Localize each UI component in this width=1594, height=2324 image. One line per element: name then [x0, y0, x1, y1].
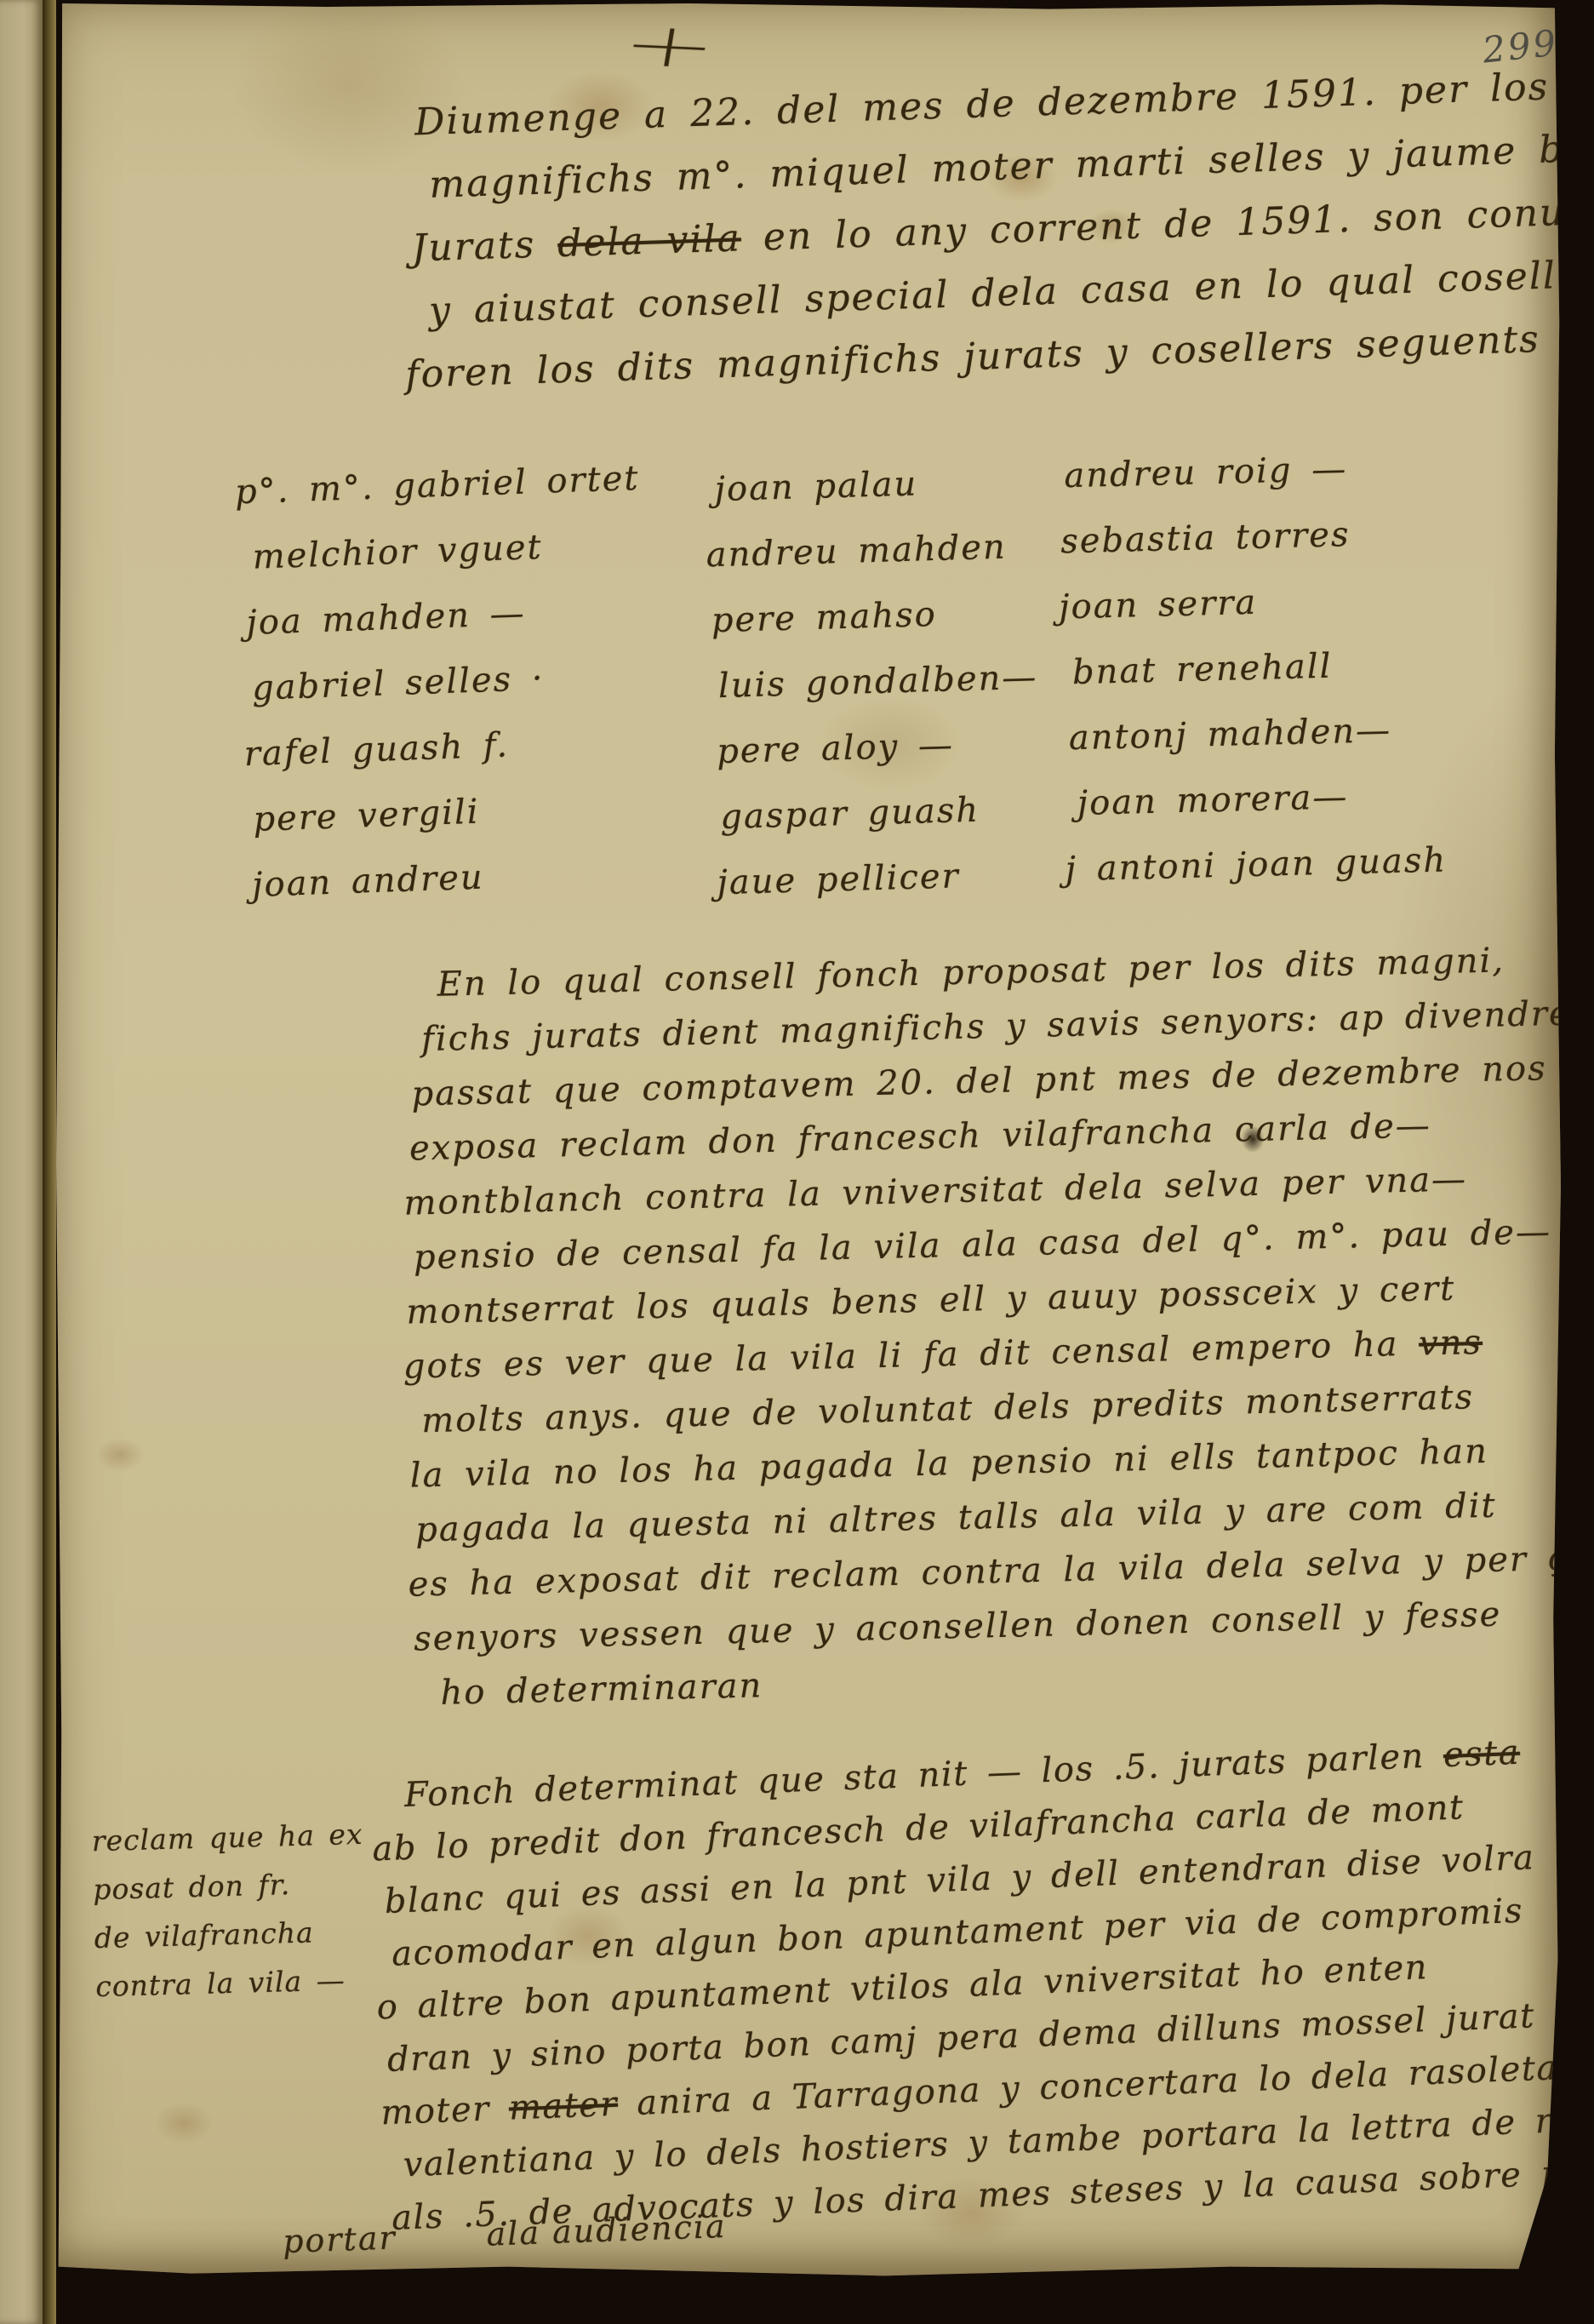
determination-line-text: moter: [380, 2089, 491, 2132]
struck-text: vns: [1419, 1323, 1483, 1364]
attendee-name: joan andreu: [251, 839, 654, 919]
cross-mark: ＋: [617, 7, 723, 83]
footer-word-audiencia: ala audiencia: [486, 2207, 728, 2253]
proposal-paragraph: En lo qual consell fonch proposat per lo…: [390, 931, 1594, 1721]
margin-note-line: reclam que ha ex: [91, 1810, 363, 1865]
attendee-name: luis gondalben—: [717, 645, 1038, 719]
attendee-name: andreu mahden: [706, 514, 1035, 589]
footer-note: portar ala audiencia: [282, 2207, 727, 2260]
binding-gutter: [43, 0, 56, 2324]
attendee-name: andreu roig —: [1063, 435, 1437, 510]
margin-note-line: de vilafrancha: [94, 1907, 366, 1962]
scanned-manuscript: ＋ 299 Diumenge a 22. del mes de dezembre…: [0, 0, 1594, 2324]
footer-word-portar: portar: [282, 2218, 397, 2260]
attendee-name: sebastia torres: [1060, 501, 1439, 575]
struck-text: mater: [508, 2085, 619, 2128]
attendee-name: pere mahso: [711, 580, 1037, 655]
attendee-name: jaue pellicer: [716, 842, 1043, 917]
margin-note: reclam que ha ex posat don fr. de vilafr…: [91, 1810, 368, 2011]
attendees-column-2: joan palau andreu mahden pere mahso luis…: [704, 449, 1044, 917]
previous-page-edge: [0, 0, 43, 2324]
attendee-name: pere aloy —: [716, 711, 1040, 786]
margin-note-line: posat don fr.: [93, 1858, 365, 1914]
heading-line-text: Jurats: [411, 223, 536, 271]
attendee-name: antonj mahden—: [1068, 697, 1444, 772]
attendee-name: bnat renehall: [1071, 632, 1443, 707]
attendee-name: joan serra: [1058, 566, 1441, 641]
heading: Diumenge a 22. del mes de dezembre 1591.…: [397, 53, 1594, 407]
struck-text: esta: [1443, 1733, 1521, 1775]
attendee-name: j antoni joan guash: [1065, 827, 1448, 902]
manuscript-page: ＋ 299 Diumenge a 22. del mes de dezembre…: [56, 3, 1561, 2278]
attendee-name: joan palau: [714, 449, 1033, 523]
margin-note-line: contra la vila —: [95, 1955, 368, 2011]
struck-text: dela vila: [557, 216, 741, 266]
attendees-column-1: p°. m°. gabriel ortet melchior vguet joa…: [234, 446, 654, 919]
attendee-name: joan morera—: [1077, 762, 1446, 837]
attendee-name: gaspar guash: [719, 776, 1042, 851]
attendees-column-3: andreu roig — sebastia torres joan serra…: [1054, 435, 1448, 903]
determination-paragraph: Fonch determinat que sta nit — los .5. j…: [361, 1721, 1594, 2246]
